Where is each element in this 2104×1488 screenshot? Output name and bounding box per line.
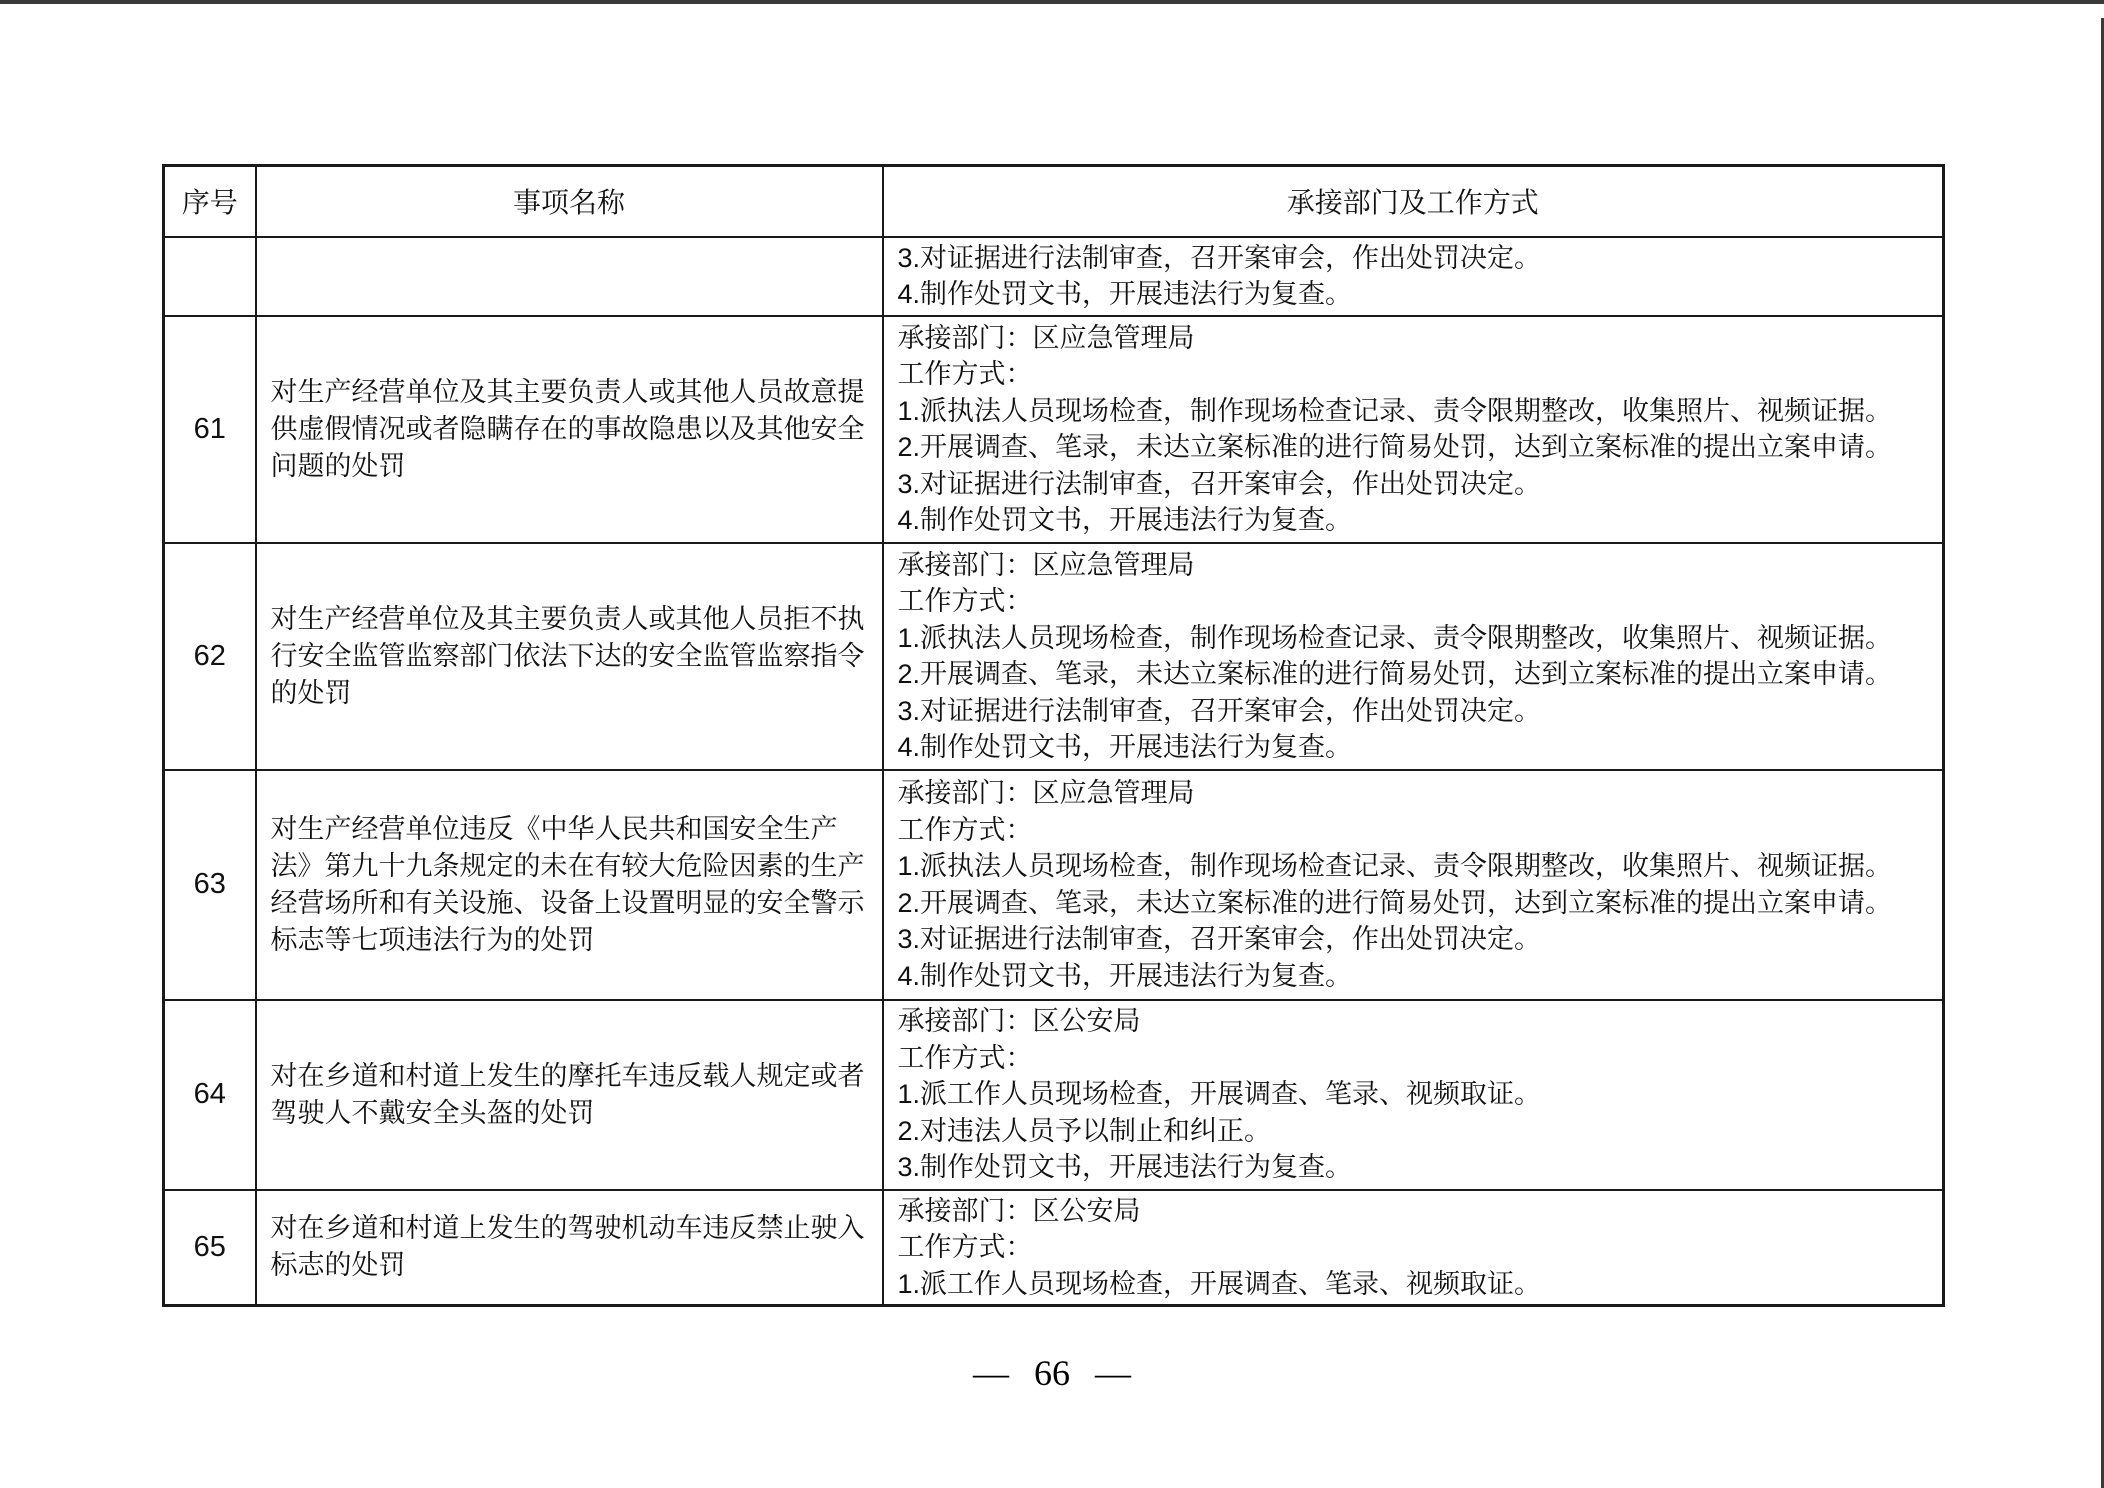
cell-item-name: 对在乡道和村道上发生的摩托车违反载人规定或者驾驶人不戴安全头盔的处罚: [256, 1000, 883, 1190]
table-row: 65对在乡道和村道上发生的驾驶机动车违反禁止驶入标志的处罚承接部门：区公安局工作…: [164, 1190, 1944, 1306]
table-row: 63对生产经营单位违反《中华人民共和国安全生产法》第九十九条规定的未在有较大危险…: [164, 770, 1944, 1000]
cell-department-method: 承接部门：区应急管理局工作方式：1.派执法人员现场检查，制作现场检查记录、责令限…: [883, 316, 1944, 543]
work-method-line: 工作方式：: [898, 356, 1933, 393]
work-method-line: 3.制作处罚文书，开展违法行为复查。: [898, 1149, 1933, 1186]
work-method-line: 3.对证据进行法制审查，召开案审会，作出处罚决定。: [898, 921, 1933, 958]
work-method-line: 工作方式：: [898, 1040, 1933, 1077]
work-method-line: 承接部门：区公安局: [898, 1003, 1933, 1040]
work-method-line: 4.制作处罚文书，开展违法行为复查。: [898, 958, 1933, 995]
table-row: 62对生产经营单位及其主要负责人或其他人员拒不执行安全监管监察部门依法下达的安全…: [164, 543, 1944, 770]
work-method-line: 1.派工作人员现场检查，开展调查、笔录、视频取证。: [898, 1266, 1933, 1303]
work-method-line: 2.开展调查、笔录，未达立案标准的进行简易处罚，达到立案标准的提出立案申请。: [898, 656, 1933, 693]
work-method-line: 工作方式：: [898, 812, 1933, 849]
header-cell-department-method: 承接部门及工作方式: [883, 166, 1944, 237]
work-method-line: 2.对违法人员予以制止和纠正。: [898, 1113, 1933, 1150]
work-method-line: 1.派执法人员现场检查，制作现场检查记录、责令限期整改，收集照片、视频证据。: [898, 848, 1933, 885]
cell-serial-number: 65: [164, 1190, 256, 1306]
work-method-line: 承接部门：区公安局: [898, 1193, 1933, 1230]
cell-serial-number: 63: [164, 770, 256, 1000]
cell-department-method: 3.对证据进行法制审查，召开案审会，作出处罚决定。4.制作处罚文书，开展违法行为…: [883, 237, 1944, 316]
table-row: 3.对证据进行法制审查，召开案审会，作出处罚决定。4.制作处罚文书，开展违法行为…: [164, 237, 1944, 316]
cell-serial-number: 61: [164, 316, 256, 543]
header-cell-serial-number: 序号: [164, 166, 256, 237]
cell-item-name: [256, 237, 883, 316]
penalty-items-table: 序号 事项名称 承接部门及工作方式 3.对证据进行法制审查，召开案审会，作出处罚…: [162, 164, 1945, 1307]
page-number: — 66 —: [0, 1352, 2104, 1394]
cell-department-method: 承接部门：区公安局工作方式：1.派工作人员现场检查，开展调查、笔录、视频取证。2…: [883, 1000, 1944, 1190]
header-row: 序号 事项名称 承接部门及工作方式: [164, 166, 1944, 237]
work-method-line: 承接部门：区应急管理局: [898, 320, 1933, 357]
work-method-line: 2.开展调查、笔录，未达立案标准的进行简易处罚，达到立案标准的提出立案申请。: [898, 885, 1933, 922]
work-method-line: 4.制作处罚文书，开展违法行为复查。: [898, 729, 1933, 766]
work-method-line: 工作方式：: [898, 583, 1933, 620]
work-method-line: 3.对证据进行法制审查，召开案审会，作出处罚决定。: [898, 466, 1933, 503]
cell-department-method: 承接部门：区公安局工作方式：1.派工作人员现场检查，开展调查、笔录、视频取证。: [883, 1190, 1944, 1306]
cell-department-method: 承接部门：区应急管理局工作方式：1.派执法人员现场检查，制作现场检查记录、责令限…: [883, 770, 1944, 1000]
cell-serial-number: 62: [164, 543, 256, 770]
window-top-edge: [0, 0, 2104, 4]
work-method-line: 2.开展调查、笔录，未达立案标准的进行简易处罚，达到立案标准的提出立案申请。: [898, 429, 1933, 466]
table-row: 61对生产经营单位及其主要负责人或其他人员故意提供虚假情况或者隐瞒存在的事故隐患…: [164, 316, 1944, 543]
work-method-line: 1.派工作人员现场检查，开展调查、笔录、视频取证。: [898, 1076, 1933, 1113]
work-method-line: 3.对证据进行法制审查，召开案审会，作出处罚决定。: [898, 240, 1933, 277]
work-method-line: 4.制作处罚文书，开展违法行为复查。: [898, 502, 1933, 539]
cell-item-name: 对生产经营单位及其主要负责人或其他人员故意提供虚假情况或者隐瞒存在的事故隐患以及…: [256, 316, 883, 543]
cell-serial-number: 64: [164, 1000, 256, 1190]
work-method-line: 承接部门：区应急管理局: [898, 547, 1933, 584]
cell-item-name: 对在乡道和村道上发生的驾驶机动车违反禁止驶入标志的处罚: [256, 1190, 883, 1306]
cell-item-name: 对生产经营单位及其主要负责人或其他人员拒不执行安全监管监察部门依法下达的安全监管…: [256, 543, 883, 770]
work-method-line: 4.制作处罚文书，开展违法行为复查。: [898, 276, 1933, 313]
header-cell-item-name: 事项名称: [256, 166, 883, 237]
work-method-line: 1.派执法人员现场检查，制作现场检查记录、责令限期整改，收集照片、视频证据。: [898, 620, 1933, 657]
document-page: 序号 事项名称 承接部门及工作方式 3.对证据进行法制审查，召开案审会，作出处罚…: [0, 0, 2104, 1488]
work-method-line: 承接部门：区应急管理局: [898, 775, 1933, 812]
work-method-line: 工作方式：: [898, 1229, 1933, 1266]
work-method-line: 3.对证据进行法制审查，召开案审会，作出处罚决定。: [898, 693, 1933, 730]
cell-serial-number: [164, 237, 256, 316]
cell-department-method: 承接部门：区应急管理局工作方式：1.派执法人员现场检查，制作现场检查记录、责令限…: [883, 543, 1944, 770]
cell-item-name: 对生产经营单位违反《中华人民共和国安全生产法》第九十九条规定的未在有较大危险因素…: [256, 770, 883, 1000]
work-method-line: 1.派执法人员现场检查，制作现场检查记录、责令限期整改，收集照片、视频证据。: [898, 393, 1933, 430]
table-row: 64对在乡道和村道上发生的摩托车违反载人规定或者驾驶人不戴安全头盔的处罚承接部门…: [164, 1000, 1944, 1190]
